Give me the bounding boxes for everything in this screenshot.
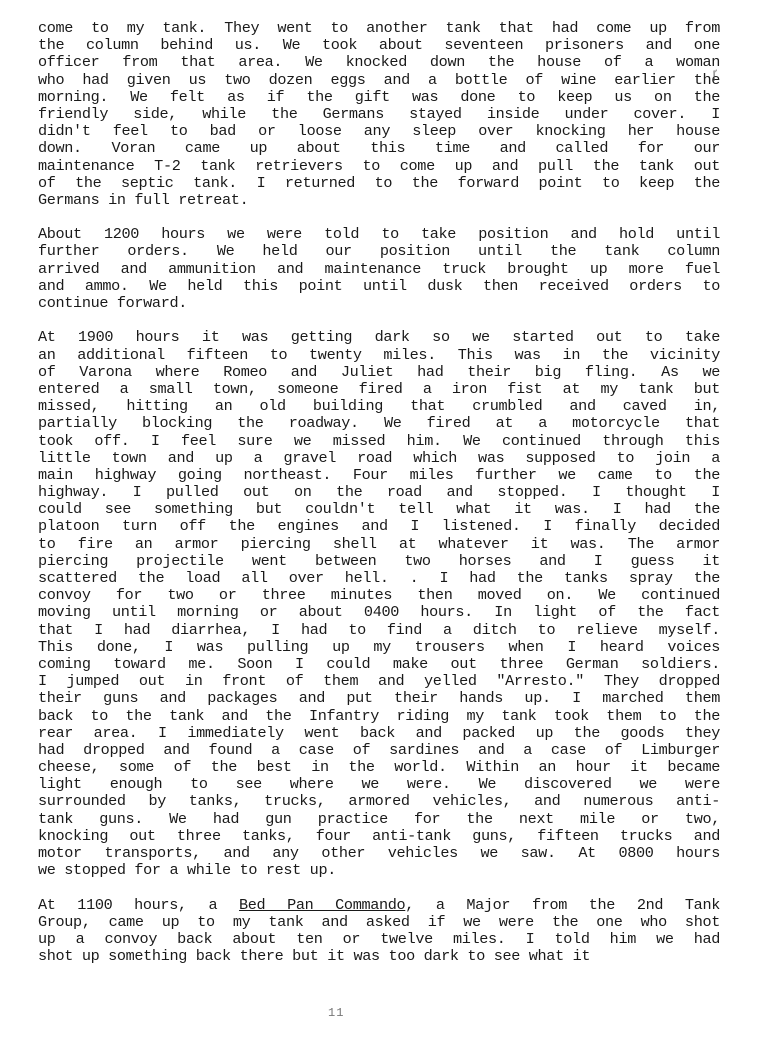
paragraph-line: light enough to see where we were. We di… xyxy=(38,776,720,793)
line-text: , a Major from the 2nd Tank xyxy=(405,896,720,914)
paragraph-line: About 1200 hours we were told to take po… xyxy=(38,226,720,243)
paragraph-line: arrived and ammunition and maintenance t… xyxy=(38,261,720,278)
paragraph-line: could see something but couldn't tell wh… xyxy=(38,501,720,518)
paragraph-line: platoon turn off the engines and I liste… xyxy=(38,518,720,535)
paragraph-line: At 1900 hours it was getting dark so we … xyxy=(38,329,720,346)
paragraph-4: At 1100 hours, a Bed Pan Commando, a Maj… xyxy=(38,897,720,966)
paragraph-3: At 1900 hours it was getting dark so we … xyxy=(38,329,720,879)
paragraph-line: little town and up a gravel road which w… xyxy=(38,450,720,467)
page-number: 11 xyxy=(328,1006,344,1020)
paragraph-line: piercing projectile went between two hor… xyxy=(38,553,720,570)
paragraph-line: that I had diarrhea, I had to find a dit… xyxy=(38,622,720,639)
paragraph-line: surrounded by tanks, trucks, armored veh… xyxy=(38,793,720,810)
paragraph-line: Group, came up to my tank and asked if w… xyxy=(38,914,720,931)
paragraph-line: up a convoy back about ten or twelve mil… xyxy=(38,931,720,948)
paragraph-line: an additional fifteen to twenty miles. T… xyxy=(38,347,720,364)
paragraph-line: entered a small town, someone fired a ir… xyxy=(38,381,720,398)
paragraph-line: to fire an armor piercing shell at whate… xyxy=(38,536,720,553)
paragraph-line: and ammo. We held this point until dusk … xyxy=(38,278,720,295)
paragraph-line: back to the tank and the Infantry riding… xyxy=(38,708,720,725)
paragraph-line: convoy for two or three minutes then mov… xyxy=(38,587,720,604)
paragraph-line: had dropped and found a case of sardines… xyxy=(38,742,720,759)
paragraph-line: coming toward me. Soon I could make out … xyxy=(38,656,720,673)
paragraph-line: their guns and packages and put their ha… xyxy=(38,690,720,707)
paragraph-line: highway. I pulled out on the road and st… xyxy=(38,484,720,501)
paragraph-2: About 1200 hours we were told to take po… xyxy=(38,226,720,312)
paragraph-line: further orders. We held our position unt… xyxy=(38,243,720,260)
paragraph-line: I jumped out in front of them and yelled… xyxy=(38,673,720,690)
paragraph-line: tank guns. We had gun practice for the n… xyxy=(38,811,720,828)
paragraph-line: come to my tank. They went to another ta… xyxy=(38,20,720,37)
paragraph-line: the column behind us. We took about seve… xyxy=(38,37,720,54)
paragraph-line: friendly side, while the Germans stayed … xyxy=(38,106,720,123)
paragraph-line: continue forward. xyxy=(38,295,720,312)
document-page: come to my tank. They went to another ta… xyxy=(38,20,720,983)
paragraph-line: partially blocking the roadway. We fired… xyxy=(38,415,720,432)
paragraph-line: of the septic tank. I returned to the fo… xyxy=(38,175,720,192)
paragraph-line: This done, I was pulling up my trousers … xyxy=(38,639,720,656)
paragraph-line: moving until morning or about 0400 hours… xyxy=(38,604,720,621)
paragraph-line: who had given us two dozen eggs and a bo… xyxy=(38,72,720,89)
paragraph-line: took off. I feel sure we missed him. We … xyxy=(38,433,720,450)
paragraph-line: motor transports, and any other vehicles… xyxy=(38,845,720,862)
paragraph-line: morning. We felt as if the gift was done… xyxy=(38,89,720,106)
paragraph-line: we stopped for a while to rest up. xyxy=(38,862,720,879)
paragraph-1: come to my tank. They went to another ta… xyxy=(38,20,720,209)
paragraph-line: shot up something back there but it was … xyxy=(38,948,720,965)
paragraph-line: At 1100 hours, a Bed Pan Commando, a Maj… xyxy=(38,897,720,914)
paragraph-line: main highway going northeast. Four miles… xyxy=(38,467,720,484)
paragraph-line: knocking out three tanks, four anti-tank… xyxy=(38,828,720,845)
paragraph-line: scattered the load all over hell. . I ha… xyxy=(38,570,720,587)
line-text: At 1100 hours, a xyxy=(38,896,239,914)
paragraph-line: rear area. I immediately went back and p… xyxy=(38,725,720,742)
underlined-phrase: Bed Pan Commando xyxy=(239,896,405,914)
paragraph-line: missed, hitting an old building that cru… xyxy=(38,398,720,415)
paragraph-line: officer from that area. We knocked down … xyxy=(38,54,720,71)
paragraph-line: cheese, some of the best in the world. W… xyxy=(38,759,720,776)
paragraph-line: didn't feel to bad or loose any sleep ov… xyxy=(38,123,720,140)
paragraph-line: down. Voran came up about this time and … xyxy=(38,140,720,157)
paragraph-line: Germans in full retreat. xyxy=(38,192,720,209)
paragraph-line: of Varona where Romeo and Juliet had the… xyxy=(38,364,720,381)
paragraph-line: maintenance T-2 tank retrievers to come … xyxy=(38,158,720,175)
